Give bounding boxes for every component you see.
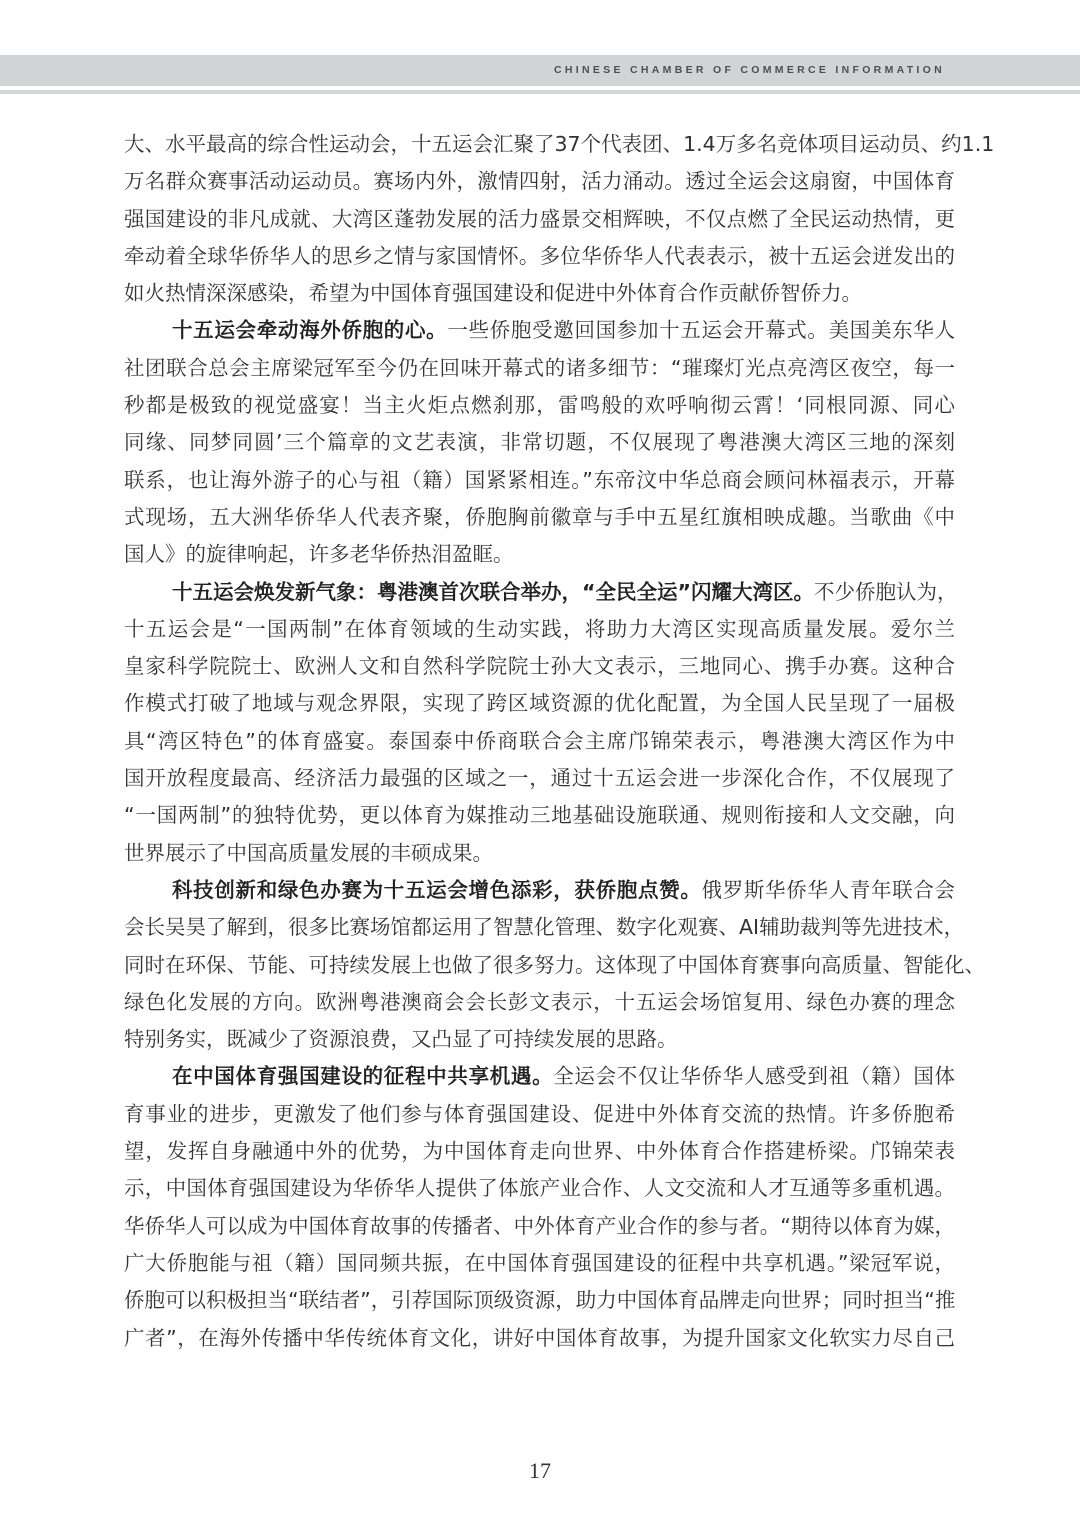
- text-line: 特别务实，既减少了资源浪费，又凸显了可持续发展的思路。: [124, 1021, 955, 1058]
- article-body: 大、水平最高的综合性运动会，十五运会汇聚了37个代表团、1.4万多名竞体项目运动…: [124, 126, 955, 1357]
- page-number: 17: [0, 1458, 1080, 1484]
- text-line: 育事业的进步，更激发了他们参与体育强国建设、促进中外体育交流的热情。许多侨胞希: [124, 1096, 955, 1133]
- text-span: 一些侨胞受邀回国参加十五运会开幕式。美国美东华人: [447, 318, 955, 342]
- text-line: 同缘、同梦同圆’三个篇章的文艺表演，非常切题，不仅展现了粤港澳大湾区三地的深刻: [124, 424, 955, 461]
- text-line: 国人》的旋律响起，许多老华侨热泪盈眶。: [124, 536, 955, 573]
- text-line: 秒都是极致的视觉盛宴！当主火炬点燃刹那，雷鸣般的欢呼响彻云霄！‘同根同源、同心: [124, 387, 955, 424]
- paragraph-lead: 科技创新和绿色办赛为十五运会增色添彩，获侨胞点赞。: [172, 878, 702, 902]
- text-line: 世界展示了中国高质量发展的丰硕成果。: [124, 835, 955, 872]
- text-line: 国开放程度最高、经济活力最强的区域之一，通过十五运会进一步深化合作，不仅展现了: [124, 760, 955, 797]
- text-line: 望，发挥自身融通中外的优势，为中国体育走向世界、中外体育合作搭建桥梁。邝锦荣表: [124, 1133, 955, 1170]
- publication-title: CHINESE CHAMBER OF COMMERCE INFORMATION: [554, 64, 945, 76]
- text-line: 广大侨胞能与祖（籍）国同频共振，在中国体育强国建设的征程中共享机遇。”梁冠军说，: [124, 1245, 955, 1282]
- text-span: 俄罗斯华侨华人青年联合会: [702, 878, 956, 902]
- paragraph-first-line: 十五运会焕发新气象：粤港澳首次联合举办，“全民全运”闪耀大湾区。不少侨胞认为，: [124, 574, 955, 611]
- paragraph-first-line: 科技创新和绿色办赛为十五运会增色添彩，获侨胞点赞。俄罗斯华侨华人青年联合会: [124, 872, 955, 909]
- text-line: 联系，也让海外游子的心与祖（籍）国紧紧相连。”东帝汶中华总商会顾问林福表示，开幕: [124, 462, 955, 499]
- text-line: 如火热情深深感染，希望为中国体育强国建设和促进中外体育合作贡献侨智侨力。: [124, 275, 955, 312]
- paragraph-first-line: 在中国体育强国建设的征程中共享机遇。全运会不仅让华侨华人感受到祖（籍）国体: [124, 1058, 955, 1095]
- text-line: 十五运会是“一国两制”在体育领域的生动实践，将助力大湾区实现高质量发展。爱尔兰: [124, 611, 955, 648]
- text-line: 侨胞可以积极担当“联结者”，引荐国际顶级资源，助力中国体育品牌走向世界；同时担当…: [124, 1282, 955, 1319]
- header-rule: [0, 90, 1080, 94]
- text-line: 强国建设的非凡成就、大湾区蓬勃发展的活力盛景交相辉映，不仅点燃了全民运动热情，更: [124, 201, 955, 238]
- text-line: 会长吴昊了解到，很多比赛场馆都运用了智慧化管理、数字化观赛、AI辅助裁判等先进技…: [124, 909, 955, 946]
- paragraph-first-line: 十五运会牵动海外侨胞的心。一些侨胞受邀回国参加十五运会开幕式。美国美东华人: [124, 312, 955, 349]
- text-line: 式现场，五大洲华侨华人代表齐聚，侨胞胸前徽章与手中五星红旗相映成趣。当歌曲《中: [124, 499, 955, 536]
- text-line: 万名群众赛事活动运动员。赛场内外，激情四射，活力涌动。透过全运会这扇窗，中国体育: [124, 163, 955, 200]
- text-span: 不少侨胞认为，: [814, 580, 958, 604]
- text-line: 同时在环保、节能、可持续发展上也做了很多努力。这体现了中国体育赛事向高质量、智能…: [124, 947, 955, 984]
- text-line: 示，中国体育强国建设为华侨华人提供了体旅产业合作、人文交流和人才互通等多重机遇。: [124, 1170, 955, 1207]
- text-line: 作模式打破了地域与观念界限，实现了跨区域资源的优化配置，为全国人民呈现了一届极: [124, 685, 955, 722]
- text-line: 广者”，在海外传播中华传统体育文化，讲好中国体育故事，为提升国家文化软实力尽自己: [124, 1320, 955, 1357]
- text-line: 大、水平最高的综合性运动会，十五运会汇聚了37个代表团、1.4万多名竞体项目运动…: [124, 126, 955, 163]
- text-span: 全运会不仅让华侨华人感受到祖（籍）国体: [553, 1064, 955, 1088]
- text-line: “一国两制”的独特优势，更以体育为媒推动三地基础设施联通、规则衔接和人文交融，向: [124, 797, 955, 834]
- text-line: 社团联合总会主席梁冠军至今仍在回味开幕式的诸多细节：“璀璨灯光点亮湾区夜空，每一: [124, 350, 955, 387]
- text-line: 华侨华人可以成为中国体育故事的传播者、中外体育产业合作的参与者。“期待以体育为媒…: [124, 1208, 955, 1245]
- paragraph-lead: 十五运会牵动海外侨胞的心。: [172, 318, 447, 342]
- text-line: 具“湾区特色”的体育盛宴。泰国泰中侨商联合会主席邝锦荣表示，粤港澳大湾区作为中: [124, 723, 955, 760]
- text-line: 皇家科学院院士、欧洲人文和自然科学院院士孙大文表示，三地同心、携手办赛。这种合: [124, 648, 955, 685]
- paragraph-lead: 十五运会焕发新气象：粤港澳首次联合举办，“全民全运”闪耀大湾区。: [172, 580, 814, 604]
- text-line: 牵动着全球华侨华人的思乡之情与家国情怀。多位华侨华人代表表示，被十五运会迸发出的: [124, 238, 955, 275]
- text-line: 绿色化发展的方向。欧洲粤港澳商会会长彭文表示，十五运会场馆复用、绿色办赛的理念: [124, 984, 955, 1021]
- paragraph-lead: 在中国体育强国建设的征程中共享机遇。: [172, 1064, 553, 1088]
